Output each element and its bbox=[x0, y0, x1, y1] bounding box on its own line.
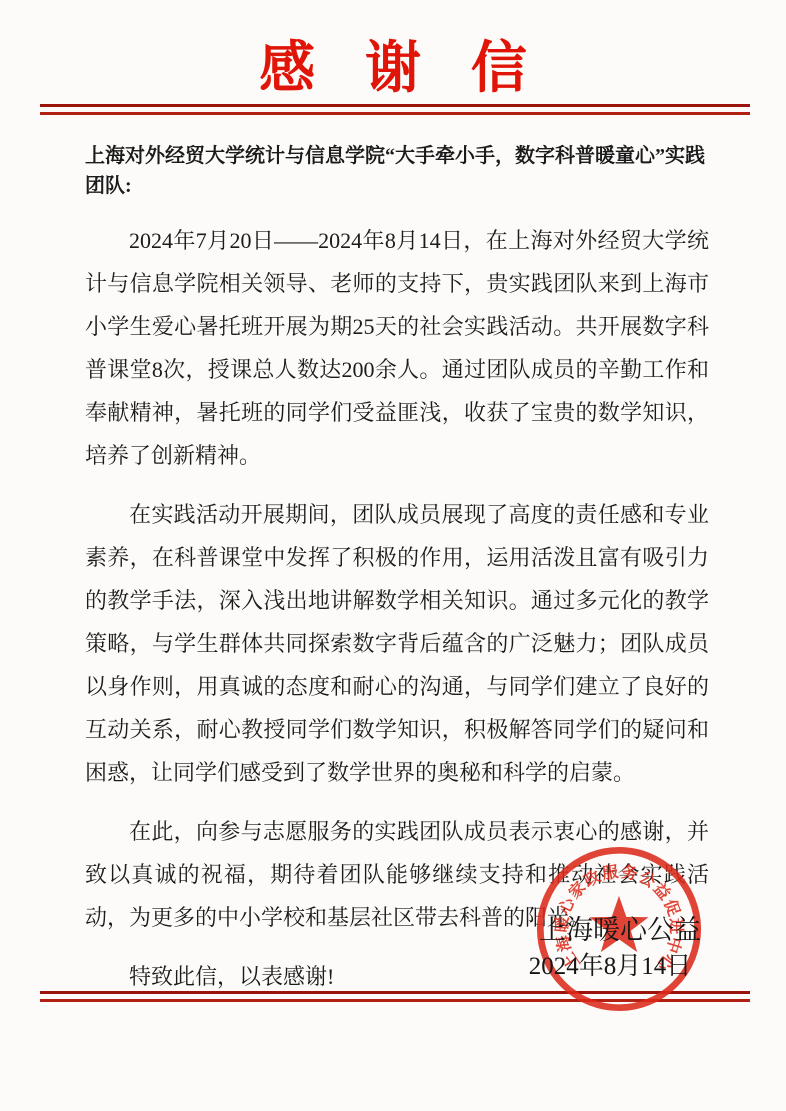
letter-paragraph-1: 2024年7月20日——2024年8月14日，在上海对外经贸大学统计与信息学院相… bbox=[85, 219, 709, 477]
letter-paragraph-2: 在实践活动开展期间，团队成员展现了高度的责任感和专业素养，在科普课堂中发挥了积极… bbox=[85, 493, 709, 794]
signature-date: 2024年8月14日 bbox=[505, 946, 715, 982]
letter-title: 感 谢 信 bbox=[0, 24, 786, 104]
signature-organization: 上海暖心公益 bbox=[520, 908, 720, 947]
letter-page: 感 谢 信 上海对外经贸大学统计与信息学院“大手牵小手，数字科普暖童心”实践团队… bbox=[0, 0, 786, 1111]
letter-salutation: 上海对外经贸大学统计与信息学院“大手牵小手，数字科普暖童心”实践团队: bbox=[85, 141, 709, 201]
title-divider-rule bbox=[40, 104, 750, 115]
